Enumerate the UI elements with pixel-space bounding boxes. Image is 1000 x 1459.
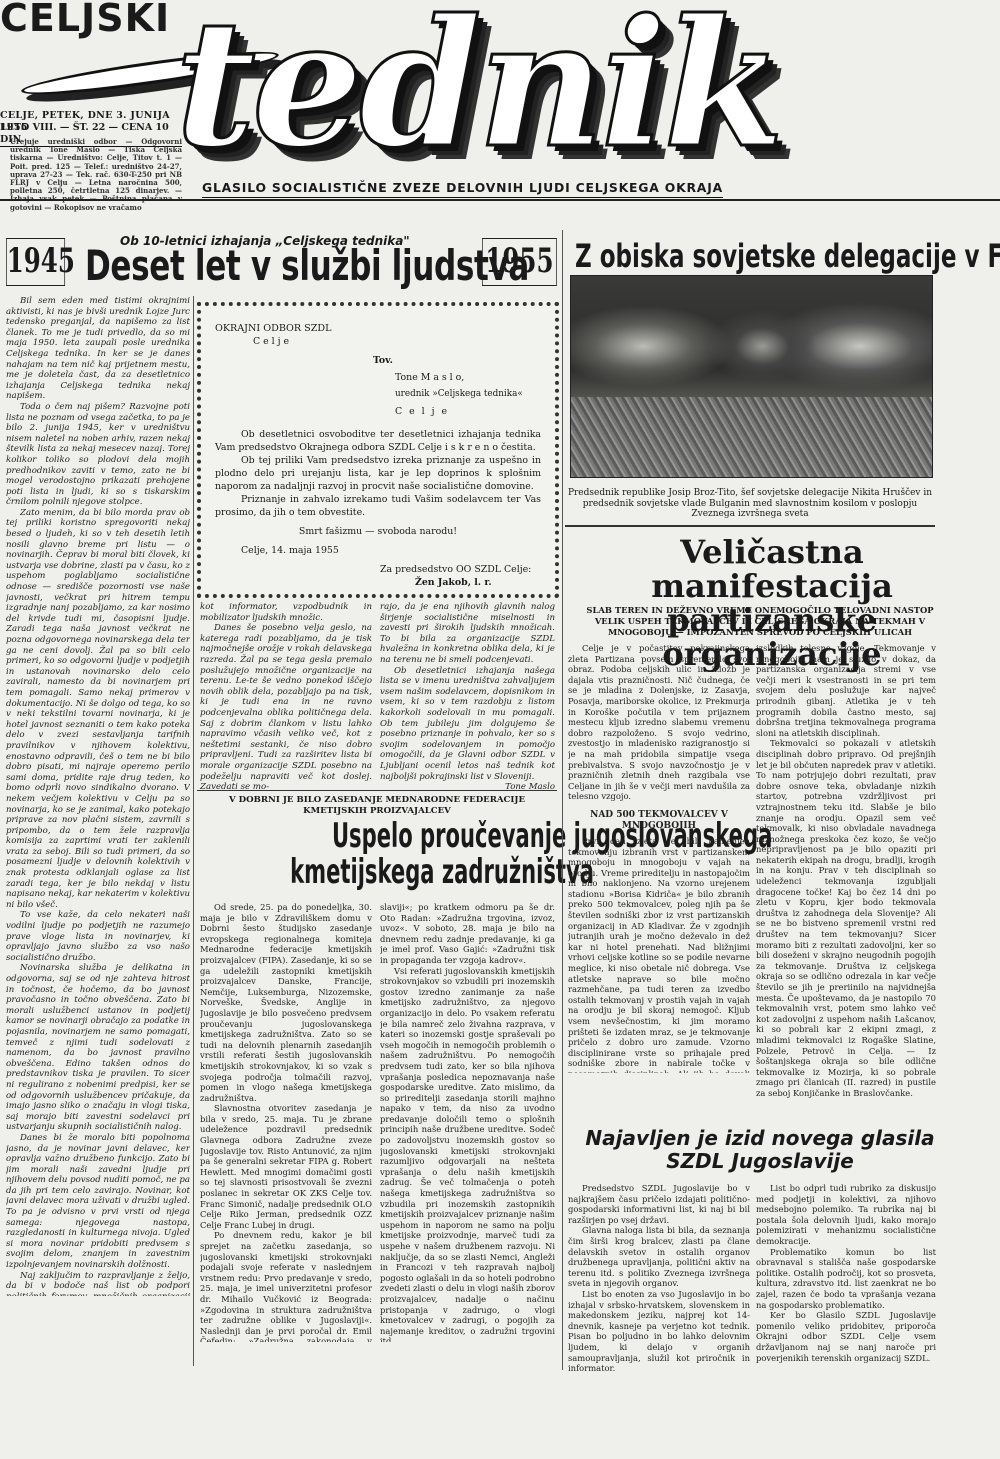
lead-column-1: Bil sem eden med tistimi okrajnimi aktiv… — [6, 296, 190, 1296]
column-rule — [193, 296, 194, 1366]
masthead-name-top: CELJSKI — [0, 0, 170, 38]
paragraph: izsledkih telesne vzgoje. Tekmovanje v m… — [756, 643, 936, 738]
partizan-deck: SLAB TEREN IN DEŽEVNO VREME ONEMOGOČILO … — [575, 605, 945, 638]
letter-salutation: Tov. — [215, 354, 541, 367]
letter-date: Celje, 14. maja 1955 — [215, 544, 541, 557]
lead-headline: Deset let v službi ljudstva — [85, 240, 529, 292]
paragraph: Celje je v počastitev pokrajinskega zlet… — [568, 643, 750, 802]
paragraph: Bil sem eden med tistimi okrajnimi aktiv… — [6, 296, 190, 402]
szdl-headline: Najavljen je izid novega glasila SZDL Ju… — [575, 1127, 945, 1173]
partizan-subhead: NAD 500 TEKMOVALCEV V MNOGOBOJIH — [568, 810, 750, 832]
masthead-tagline: GLASILO SOCIALISTIČNE ZVEZE DELOVNIH LJU… — [202, 180, 723, 198]
fipa-column-2: slaviji«; po kratkem odmoru pa še dr. Ot… — [380, 902, 555, 1342]
letter-slogan: Smrt fašizmu — svoboda narodu! — [215, 525, 541, 538]
paragraph: Naj zaključim to razpravljanje z željo, … — [6, 1271, 190, 1296]
letter-sender-city: C e l j e — [215, 335, 541, 348]
paragraph: Predsedstvo SZDL Jugoslavije bo v najkra… — [568, 1183, 750, 1225]
paragraph: Zato menim, da bi bilo morda prav ob tej… — [6, 508, 190, 911]
paragraph: Novinarska služba je delikatna in odgovo… — [6, 963, 190, 1133]
fipa-deck: V DOBRNI JE BILO ZASEDANJE MEDNARODNE FE… — [197, 795, 557, 817]
szdl-column-1: Predsedstvo SZDL Jugoslavije bo v najkra… — [568, 1183, 750, 1374]
year-1955-box: 1955 — [482, 238, 557, 286]
paragraph: Prvi dan zleta je bil namenjen tekmovanj… — [568, 836, 750, 1073]
fipa-column-1: Od srede, 25. pa do ponedeljka, 30. maja… — [200, 902, 372, 1342]
paragraph: Slavnostna otvoritev zasedanja je bila v… — [200, 1103, 372, 1230]
letter-recipient-title: urednik »Celjskega tednika« — [215, 388, 541, 401]
partizan-column-2: izsledkih telesne vzgoje. Tekmovanje v m… — [756, 643, 936, 1098]
paragraph: slaviji«; po kratkem odmoru pa še dr. Ot… — [380, 902, 555, 966]
paragraph: List bo odprl tudi rubriko za diskusijo … — [756, 1183, 936, 1247]
paragraph: Tekmovalci so pokazali v atletskih disci… — [756, 738, 936, 1098]
paragraph: To vse kaže, da celo nekateri naši vodil… — [6, 910, 190, 963]
paragraph: Glavna naloga lista bi bila, da seznanja… — [568, 1225, 750, 1289]
paragraph: Ker bo Glasilo SZDL Jugoslavije pomenilo… — [756, 1310, 936, 1363]
lead-signature: Tone Maslo — [380, 782, 555, 793]
year-1945-box: 1945 — [6, 238, 65, 286]
soviet-headline: Z obiska sovjetske delegacije v FLRJ — [575, 236, 1000, 276]
masthead-logo: tednik — [175, 0, 875, 185]
letter-paragraph: Ob tej priliki Vam predsedstvo izreka pr… — [215, 454, 541, 493]
banquet-table — [571, 397, 932, 477]
letter-paragraph: Ob desetletnici osvoboditve ter desetlet… — [215, 428, 541, 454]
letter-sign-for: Za predsedstvo OO SZDL Celje: — [215, 563, 541, 576]
paragraph: Po dnevnem redu, kakor je bil sprejet na… — [200, 1230, 372, 1342]
letter-sender: OKRAJNI ODBOR SZDL — [215, 322, 541, 335]
lead-column-2: kot informator, vzpodbudnik in mobilizat… — [200, 602, 372, 793]
paragraph: rajo, da je ena njihovih glavnih nalog š… — [380, 602, 555, 666]
letter-signature: Žen Jakob, l. r. — [215, 576, 541, 589]
column-rule — [562, 230, 563, 1370]
delegation-photo — [570, 275, 933, 478]
letter-recipient-name: Tone M a s l o, — [215, 371, 541, 384]
paragraph: Od srede, 25. pa do ponedeljka, 30. maja… — [200, 902, 372, 1103]
section-rule — [565, 525, 935, 527]
masthead-rule — [0, 199, 1000, 201]
lead-column-3: rajo, da je ena njihovih glavnih nalog š… — [380, 602, 555, 793]
letter-paragraph: Priznanje in zahvalo izrekamo tudi Vašim… — [215, 493, 541, 519]
paragraph: Danes bi že moralo biti popolnoma jasno,… — [6, 1133, 190, 1271]
paragraph: Vsi referati jugoslovanskih kmetijskih s… — [380, 966, 555, 1342]
section-rule — [197, 790, 557, 791]
fipa-headline-line2: kmetijskega zadružništva — [290, 854, 594, 890]
paragraph: Problematiko komun bo list obravnaval s … — [756, 1247, 936, 1311]
paragraph: Toda o čem naj pišem? Razvojne poti list… — [6, 402, 190, 508]
szdl-column-2: List bo odprl tudi rubriko za diskusijo … — [756, 1183, 936, 1363]
fipa-headline: Uspelo proučevanje jugoslovanskega kmeti… — [197, 818, 557, 890]
partizan-column-1: Celje je v počastitev pokrajinskega zlet… — [568, 643, 750, 1073]
photo-caption: Predsednik republike Josip Broz-Tito, še… — [565, 488, 935, 520]
paragraph: Ob desetletnici izhajanja našega lista s… — [380, 666, 555, 783]
paragraph: List bo enoten za vso Jugoslavijo in bo … — [568, 1289, 750, 1374]
paragraph: Danes še posebno velja geslo, na katereg… — [200, 623, 372, 793]
letter-frame: OKRAJNI ODBOR SZDL C e l j e Tov. Tone M… — [197, 302, 559, 598]
paragraph: kot informator, vzpodbudnik in mobilizat… — [200, 602, 372, 623]
letter-recipient-city: C e l j e — [215, 405, 541, 418]
